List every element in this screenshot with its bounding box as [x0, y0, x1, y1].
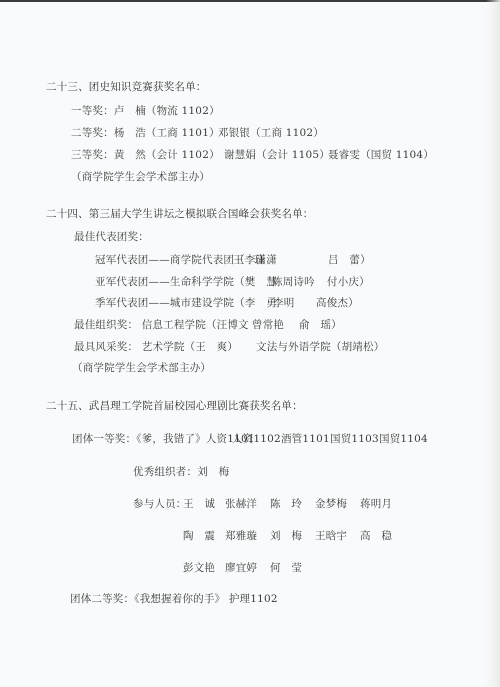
best-delegation-label: 最佳代表团奖： [74, 230, 149, 244]
participant: 王晗宇 [315, 529, 347, 543]
team-second-prize-row: 团体二等奖：《我想握着你的手》 护理1102 [70, 592, 278, 606]
excellent-organizer-row: 优秀组织者：刘 梅 [133, 465, 229, 479]
runner-up-member: 陈周诗吟 [272, 275, 315, 289]
participant: 廖宜婷 [225, 561, 257, 575]
participant: 彭文艳 [183, 561, 215, 575]
second-prize-label: 二等奖： [71, 127, 114, 139]
team-first-class: 人资1102 [232, 432, 281, 446]
team-second-class: 护理1102 [229, 593, 278, 605]
best-style-label: 最具风采奖： [74, 341, 138, 353]
team-second-play: 《我想握着你的手》 [134, 593, 225, 605]
champion-member: 王 珏 [233, 253, 265, 267]
runner-up-delegation: 亚军代表团——生命科学学院（樊 慧 [95, 275, 277, 289]
team-first-class: 国贸1104 [379, 432, 428, 446]
third-prize-winner: 聂睿雯（国贸 1104） [328, 148, 434, 162]
best-organization-college: 信息工程学院（汪博文 [142, 319, 249, 331]
document-page: 二十三、团史知识竞赛获奖名单： 一等奖：卢 楠（物流 1102） 二等奖：杨 浩… [0, 0, 500, 687]
participant: 何 莹 [270, 561, 302, 575]
third-prize-winner: 黄 然（会计 1102） [114, 149, 220, 161]
participant: 刘 梅 [270, 529, 302, 543]
second-prize-winner: 杨 浩（工商 1101） [114, 127, 220, 139]
section-23-third-prize: 三等奖：黄 然（会计 1102） [71, 148, 220, 162]
participant: 陶 震 [183, 529, 215, 543]
excellent-organizer-name: 刘 梅 [197, 466, 229, 478]
section-24-heading: 二十四、第三届大学生讲坛之模拟联合国峰会获奖名单： [46, 207, 314, 221]
participant: 郑雅璇 [225, 529, 257, 543]
best-style-winner: 艺术学院（王 爽） [142, 341, 238, 353]
participants-label: 参与人员： [133, 497, 187, 511]
participant: 王 诚 [183, 497, 215, 511]
third-place-delegation: 季军代表团——城市建设学院（李 勇 [95, 296, 277, 310]
excellent-organizer-label: 优秀组织者： [133, 466, 197, 478]
third-prize-winner: 谢慧娟（会计 1105） [224, 148, 330, 162]
second-prize-winner: 邓银银（工商 1102） [218, 126, 324, 140]
section-24-organizer: （商学院学生会学术部主办） [72, 361, 211, 375]
participant: 金梦梅 [315, 497, 347, 511]
best-organization-row: 最佳组织奖： 信息工程学院（汪博文 [74, 318, 249, 332]
first-prize-winner: 卢 楠（物流 1102） [114, 105, 220, 117]
section-23-organizer: （商学院学生会学术部主办） [71, 170, 210, 184]
best-organization-member: 俞 瑶） [299, 318, 342, 332]
team-second-label: 团体二等奖： [70, 593, 134, 605]
team-first-class: 酒管1101 [281, 432, 330, 446]
participant: 蒋明月 [360, 497, 392, 511]
first-prize-label: 一等奖： [71, 105, 114, 117]
participant: 张赫洋 [225, 497, 257, 511]
section-23-heading: 二十三、团史知识竞赛获奖名单： [46, 80, 207, 94]
section-25-heading: 二十五、武昌理工学院首届校园心理剧比赛获奖名单： [46, 399, 303, 413]
best-organization-label: 最佳组织奖： [74, 319, 138, 331]
best-style-winner: 文法与外语学院（胡靖松） [256, 340, 384, 354]
champion-member: 吕 蕾） [328, 253, 371, 267]
section-23-first-prize: 一等奖：卢 楠（物流 1102） [71, 104, 220, 118]
third-place-member: 高俊杰） [316, 296, 359, 310]
team-first-prize-row: 团体一等奖：《爹，我错了》人资1101 [72, 432, 255, 446]
third-prize-label: 三等奖： [71, 149, 114, 161]
participant: 陈 玲 [270, 497, 302, 511]
team-first-play: 《爹，我错了》 [136, 433, 206, 445]
participant: 高 稳 [360, 529, 392, 543]
section-23-second-prize: 二等奖：杨 浩（工商 1101） [71, 126, 220, 140]
third-place-member: 李明 [273, 296, 294, 310]
best-style-row: 最具风采奖： 艺术学院（王 爽） [74, 340, 238, 354]
team-first-class: 国贸1103 [330, 432, 379, 446]
runner-up-member: 付小庆） [327, 275, 370, 289]
best-organization-member: 曾常艳 [252, 318, 284, 332]
team-first-label: 团体一等奖： [72, 433, 136, 445]
